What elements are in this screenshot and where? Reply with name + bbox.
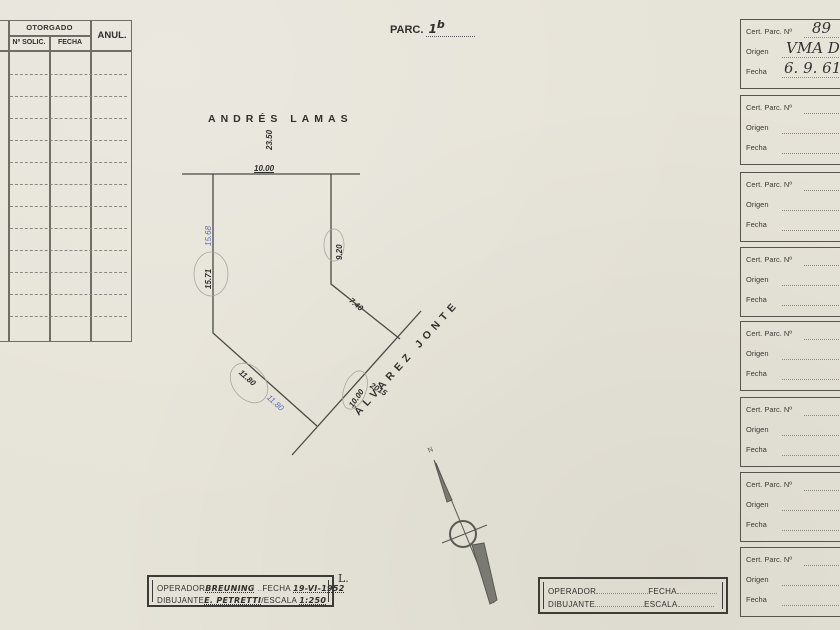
table-row (10, 294, 127, 295)
table-row (10, 272, 127, 273)
cert-number-label: Cert. Parc. Nº (746, 480, 792, 489)
certificate-box: Cert. Parc. NºOrigenFecha (740, 247, 840, 317)
table-row (10, 228, 127, 229)
date-label: FECHA (648, 587, 677, 596)
date-field: Fecha (746, 520, 840, 532)
certificate-box: Cert. Parc. NºOrigenFecha (740, 172, 840, 242)
origin-field: Origen (746, 200, 840, 212)
origin-field: OrigenVMA D (746, 47, 840, 59)
register-table: OTORGADO Nº SOLIC. FECHA ANUL. (0, 20, 132, 342)
certificate-box: Cert. Parc. NºOrigenFecha (740, 95, 840, 165)
southwest-side-alt-measure: 11.80 (265, 393, 285, 413)
origin-label: Origen (746, 123, 769, 132)
table-row (10, 206, 127, 207)
table-row (10, 140, 127, 141)
scale-label: ESCALA (264, 596, 297, 605)
origin-field: Origen (746, 349, 840, 361)
origin-label: Origen (746, 575, 769, 584)
date-value: 19-VI-1952 (293, 584, 345, 593)
cert-number-field: Cert. Parc. Nº (746, 480, 840, 492)
parcel-label: PARC. (390, 24, 423, 36)
table-row (10, 162, 127, 163)
date-field: Fecha (746, 295, 840, 307)
cert-number-label: Cert. Parc. Nº (746, 180, 792, 189)
date-label: FECHA (262, 584, 290, 593)
operator-label: OPERADOR (548, 587, 596, 596)
certificate-box: Cert. Parc. NºOrigenFecha (740, 472, 840, 542)
date-label: Fecha (746, 520, 767, 529)
date-label: Fecha (746, 220, 767, 229)
street-line-alvarez-jonte (292, 311, 421, 455)
date-field: Fecha (746, 220, 840, 232)
east-side-measure: 9.20 (335, 244, 344, 260)
origin-label: Origen (746, 425, 769, 434)
cert-number-field: Cert. Parc. Nº (746, 180, 840, 192)
date-label: Fecha (746, 369, 767, 378)
table-divider (90, 21, 92, 341)
certificate-box: Cert. Parc. NºOrigenFecha (740, 397, 840, 467)
street-name-southeast: ÁLVAREZ JONTE (352, 298, 462, 418)
scale-value: 1:250 (299, 596, 326, 605)
table-row (10, 74, 127, 75)
otorgado-header: OTORGADO (8, 21, 91, 35)
info-box-blank: OPERADORFECHA DIBUJANTEESCALA (538, 577, 728, 614)
date-field: Fecha (746, 143, 840, 155)
table-row (10, 250, 127, 251)
parcel-suffix: b (437, 18, 445, 31)
origin-label: Origen (746, 500, 769, 509)
table-divider (49, 35, 51, 341)
date-label: Fecha (746, 595, 767, 604)
origin-field: Origen (746, 500, 840, 512)
west-side-alt-measure: 15.68 (204, 226, 213, 246)
table-divider (8, 21, 10, 341)
cert-number-label: Cert. Parc. Nº (746, 103, 792, 112)
origin-label: Origen (746, 349, 769, 358)
cert-number-label: Cert. Parc. Nº (746, 27, 792, 36)
drafter-label: DIBUJANTE (548, 600, 595, 609)
date-field: Fecha6. 9. 61 (746, 67, 840, 79)
scale-label: ESCALA (644, 600, 677, 609)
header-bottom-rule (0, 50, 131, 52)
north-arrow-icon (434, 460, 497, 604)
cert-number-label: Cert. Parc. Nº (746, 329, 792, 338)
origin-field: Origen (746, 425, 840, 437)
date-label: Fecha (746, 67, 767, 76)
certificate-box: Cert. Parc. Nº89OrigenVMA DFecha6. 9. 61 (740, 19, 840, 89)
parcel-west-boundary (213, 174, 317, 426)
cert-number-label: Cert. Parc. Nº (746, 255, 792, 264)
column-header-fecha: FECHA (50, 35, 90, 50)
cert-number-value: 89 (812, 19, 831, 37)
date-label: Fecha (746, 295, 767, 304)
certificate-box: Cert. Parc. NºOrigenFecha (740, 547, 840, 617)
cert-number-field: Cert. Parc. Nº (746, 555, 840, 567)
operator-label: OPERADOR (157, 584, 205, 593)
cert-number-field: Cert. Parc. Nº (746, 255, 840, 267)
origin-label: Origen (746, 200, 769, 209)
info-box-filled: OPERADORBREUNING ..FECHA 19-VI-1952 DIBU… (147, 575, 334, 607)
certificate-box: Cert. Parc. NºOrigenFecha (740, 321, 840, 391)
date-field: Fecha (746, 445, 840, 457)
date-label: Fecha (746, 143, 767, 152)
origin-value: VMA D (786, 39, 840, 57)
column-header-solic: Nº SOLIC. (9, 35, 49, 50)
front-north-measure: 10.00 (254, 164, 274, 173)
cert-number-field: Cert. Parc. Nº (746, 405, 840, 417)
cert-number-field: Cert. Parc. Nº (746, 329, 840, 341)
cert-number-field: Cert. Parc. Nº (746, 103, 840, 115)
table-row (10, 184, 127, 185)
southwest-side-measure: 11.80 (237, 368, 257, 388)
west-side-measure: 15.71 (204, 269, 213, 289)
cert-number-label: Cert. Parc. Nº (746, 405, 792, 414)
cert-number-label: Cert. Parc. Nº (746, 555, 792, 564)
origin-label: Origen (746, 47, 769, 56)
table-row (10, 118, 127, 119)
svg-text:N: N (426, 445, 434, 454)
cert-number-field: Cert. Parc. Nº89 (746, 27, 840, 39)
origin-field: Origen (746, 275, 840, 287)
origin-label: Origen (746, 275, 769, 284)
parcel-number: 1b (426, 22, 474, 37)
street-name-north: ANDRÉS LAMAS (208, 113, 353, 125)
drafter-label: DIBUJANTE (157, 596, 204, 605)
date-value: 6. 9. 61 (784, 59, 840, 77)
operator-value: BREUNING (205, 584, 255, 593)
table-row (10, 96, 127, 97)
date-field: Fecha (746, 595, 840, 607)
drafter-value: E. PETRETTI (204, 596, 261, 605)
origin-field: Origen (746, 123, 840, 135)
date-field: Fecha (746, 369, 840, 381)
origin-field: Origen (746, 575, 840, 587)
date-label: Fecha (746, 445, 767, 454)
column-header-anul: ANUL. (92, 21, 132, 50)
distance-to-corner: 23.50 (265, 130, 274, 150)
table-row (10, 316, 127, 317)
parcel-header: PARC. 1b (390, 18, 475, 36)
chamfer-measure: 7.40 (347, 296, 365, 313)
